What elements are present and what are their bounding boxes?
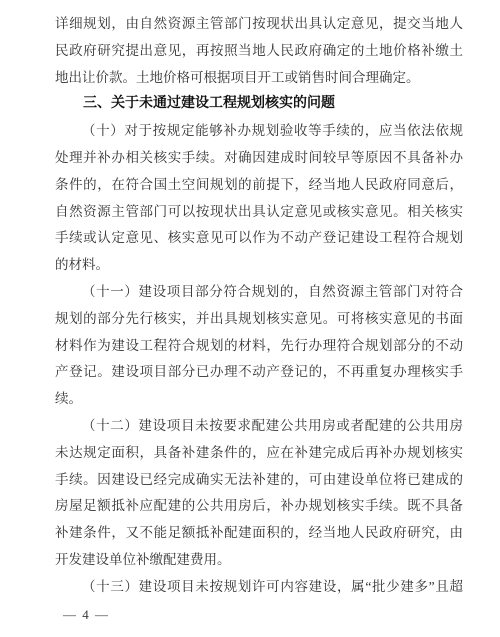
text-line: 地出让价款。土地价格可根据项目开工或销售时间合理确定。 xyxy=(55,65,463,92)
text-line: 自然资源主管部门可以按现状出具认定意见或核实意见。相关核实 xyxy=(55,199,463,226)
text-line: （十）对于按规定能够补办规划验收等手续的，应当依法依规 xyxy=(55,118,463,145)
paragraph-item-11: （十一）建设项目部分符合规划的，自然资源主管部门对符合规划的部分先行核实，并出具… xyxy=(55,279,463,413)
text-line: 的材料。 xyxy=(55,252,463,279)
text-line: 未达规定面积，具备补建条件的，应在补建完成后再补办规划核实 xyxy=(55,440,463,467)
text-line: 手续或认定意见、核实意见可以作为不动产登记建设工程符合规划 xyxy=(55,225,463,252)
text-line: 处理并补办相关核实手续。对确因建成时间较早等原因不具备补办 xyxy=(55,145,463,172)
text-line: 民政府研究提出意见，再按照当地人民政府确定的土地价格补缴土 xyxy=(55,38,463,65)
page-number: — 4 — xyxy=(63,603,463,627)
document-page: 详细规划，由自然资源主管部门按现状出具认定意见，提交当地人民政府研究提出意见，再… xyxy=(0,0,500,637)
paragraph-item-10: （十）对于按规定能够补办规划验收等手续的，应当依法依规处理并补办相关核实手续。对… xyxy=(55,118,463,279)
text-line: （十一）建设项目部分符合规划的，自然资源主管部门对符合 xyxy=(55,279,463,306)
text-line: （十三）建设项目未按规划许可内容建设，属“批少建多”且超 xyxy=(55,574,463,601)
text-line: 条件的，在符合国土空间规划的前提下，经当地人民政府同意后， xyxy=(55,172,463,199)
paragraph-continued: 详细规划，由自然资源主管部门按现状出具认定意见，提交当地人民政府研究提出意见，再… xyxy=(55,11,463,91)
text-line: 详细规划，由自然资源主管部门按现状出具认定意见，提交当地人 xyxy=(55,11,463,38)
text-line: 开发建设单位补缴配建费用。 xyxy=(55,547,463,574)
heading-line: 三、关于未通过建设工程规划核实的问题 xyxy=(55,91,463,118)
paragraph-item-12: （十二）建设项目未按要求配建公共用房或者配建的公共用房未达规定面积，具备补建条件… xyxy=(55,413,463,574)
text-line: 续。 xyxy=(55,386,463,413)
section-heading: 三、关于未通过建设工程规划核实的问题 xyxy=(55,91,463,118)
text-line: （十二）建设项目未按要求配建公共用房或者配建的公共用房 xyxy=(55,413,463,440)
text-line: 产登记。建设项目部分已办理不动产登记的，不再重复办理核实手 xyxy=(55,359,463,386)
text-line: 材料作为建设工程符合规划的材料，先行办理符合规划部分的不动 xyxy=(55,333,463,360)
text-line: 房屋足额抵补应配建的公共用房后，补办规划核实手续。既不具备 xyxy=(55,493,463,520)
document-body: 详细规划，由自然资源主管部门按现状出具认定意见，提交当地人民政府研究提出意见，再… xyxy=(55,11,463,601)
text-line: 补建条件，又不能足额抵补配建面积的，经当地人民政府研究，由 xyxy=(55,520,463,547)
paragraph-item-13: （十三）建设项目未按规划许可内容建设，属“批少建多”且超 xyxy=(55,574,463,601)
text-line: 规划的部分先行核实，并出具规划核实意见。可将核实意见的书面 xyxy=(55,306,463,333)
text-line: 手续。因建设已经完成确实无法补建的，可由建设单位将已建成的 xyxy=(55,467,463,494)
